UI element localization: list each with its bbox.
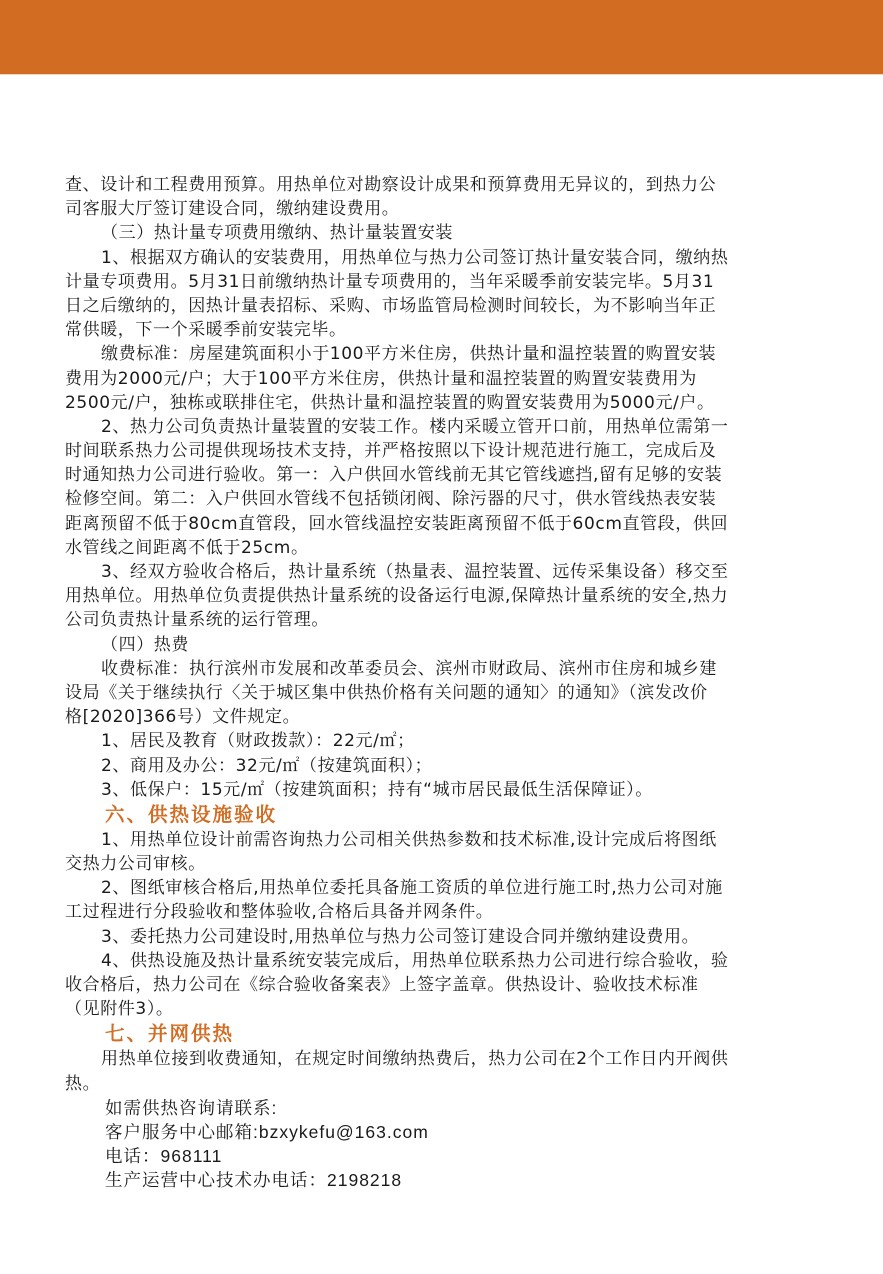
paragraph-line: 3、低保户：15元/㎡（按建筑面积；持有“城市居民最低生活保障证）。 — [65, 778, 817, 802]
contact-phone: 电话：968111 — [65, 1144, 817, 1168]
paragraph-line: （四）热费 — [65, 633, 817, 657]
contact-email: 客户服务中心邮箱:bzxykefu@163.com — [65, 1120, 817, 1144]
paragraph-line: 工过程进行分段验收和整体验收,合格后具备并网条件。 — [65, 900, 817, 924]
header-color-band — [0, 0, 883, 75]
paragraph-line: 查、设计和工程费用预算。用热单位对勘察设计成果和预算费用无异议的，到热力公 — [65, 173, 817, 197]
paragraph-line: 热。 — [65, 1072, 817, 1096]
contact-tech-phone: 生产运营中心技术办电话：2198218 — [65, 1168, 817, 1192]
paragraph-line: 费用为2000元/户；大于100平方米住房，供热计量和温控装置的购置安装费用为 — [65, 367, 817, 391]
paragraph-line: 水管线之间距离不低于25cm。 — [65, 536, 817, 560]
paragraph-line: 常供暖，下一个采暖季前安装完毕。 — [65, 318, 817, 342]
paragraph-line: 2500元/户，独栋或联排住宅，供热计量和温控装置的购置安装费用为5000元/户… — [65, 391, 817, 415]
contact-intro: 如需供热咨询请联系: — [65, 1096, 817, 1120]
document-body: 查、设计和工程费用预算。用热单位对勘察设计成果和预算费用无异议的，到热力公司客服… — [65, 173, 817, 1193]
paragraph-line: 2、热力公司负责热计量装置的安装工作。楼内采暖立管开口前，用热单位需第一 — [65, 415, 817, 439]
paragraph-line: 距离预留不低于80cm直管段，回水管线温控安装距离预留不低于60cm直管段，供回 — [65, 512, 817, 536]
paragraph-line: 时间联系热力公司提供现场技术支持，并严格按照以下设计规范进行施工，完成后及 — [65, 439, 817, 463]
paragraph-line: 1、根据双方确认的安装费用，用热单位与热力公司签订热计量安装合同，缴纳热 — [65, 246, 817, 270]
paragraph-line: 司客服大厅签订建设合同，缴纳建设费用。 — [65, 197, 817, 221]
paragraph-line: 1、用热单位设计前需咨询热力公司相关供热参数和技术标准,设计完成后将图纸 — [65, 828, 817, 852]
paragraph-line: 公司负责热计量系统的运行管理。 — [65, 608, 817, 632]
section-heading: 六、供热设施验收 — [65, 802, 817, 828]
section-heading: 七、并网供热 — [65, 1021, 817, 1047]
paragraph-line: 交热力公司审核。 — [65, 852, 817, 876]
paragraph-line: （见附件3）。 — [65, 997, 817, 1021]
paragraph-line: 检修空间。第二：入户供回水管线不包括锁闭阀、除污器的尺寸，供水管线热表安装 — [65, 487, 817, 511]
paragraph-line: 2、商用及办公：32元/㎡（按建筑面积）； — [65, 754, 817, 778]
paragraph-line: 2、图纸审核合格后,用热单位委托具备施工资质的单位进行施工时,热力公司对施 — [65, 876, 817, 900]
paragraph-line: 日之后缴纳的，因热计量表招标、采购、市场监管局检测时间较长，为不影响当年正 — [65, 294, 817, 318]
paragraph-line: 3、经双方验收合格后，热计量系统（热量表、温控装置、远传采集设备）移交至 — [65, 560, 817, 584]
paragraph-line: 用热单位。用热单位负责提供热计量系统的设备运行电源,保障热计量系统的安全,热力 — [65, 584, 817, 608]
paragraph-line: 时通知热力公司进行验收。第一：入户供回水管线前无其它管线遮挡,留有足够的安装 — [65, 463, 817, 487]
paragraph-line: （三）热计量专项费用缴纳、热计量装置安装 — [65, 221, 817, 245]
paragraph-line: 1、居民及教育（财政拨款）：22元/㎡； — [65, 729, 817, 753]
paragraph-line: 3、委托热力公司建设时,用热单位与热力公司签订建设合同并缴纳建设费用。 — [65, 925, 817, 949]
paragraph-line: 收合格后，热力公司在《综合验收备案表》上签字盖章。供热设计、验收技术标准 — [65, 973, 817, 997]
document-lines: 查、设计和工程费用预算。用热单位对勘察设计成果和预算费用无异议的，到热力公司客服… — [65, 173, 817, 1096]
paragraph-line: 缴费标准：房屋建筑面积小于100平方米住房，供热计量和温控装置的购置安装 — [65, 342, 817, 366]
paragraph-line: 4、供热设施及热计量系统安装完成后，用热单位联系热力公司进行综合验收，验 — [65, 949, 817, 973]
paragraph-line: 计量专项费用。5月31日前缴纳热计量专项费用的，当年采暖季前安装完毕。5月31 — [65, 270, 817, 294]
paragraph-line: 格[2020]366号）文件规定。 — [65, 705, 817, 729]
paragraph-line: 设局《关于继续执行〈关于城区集中供热价格有关问题的通知〉的通知》（滨发改价 — [65, 681, 817, 705]
paragraph-line: 用热单位接到收费通知，在规定时间缴纳热费后，热力公司在2个工作日内开阀供 — [65, 1047, 817, 1071]
paragraph-line: 收费标准：执行滨州市发展和改革委员会、滨州市财政局、滨州市住房和城乡建 — [65, 657, 817, 681]
